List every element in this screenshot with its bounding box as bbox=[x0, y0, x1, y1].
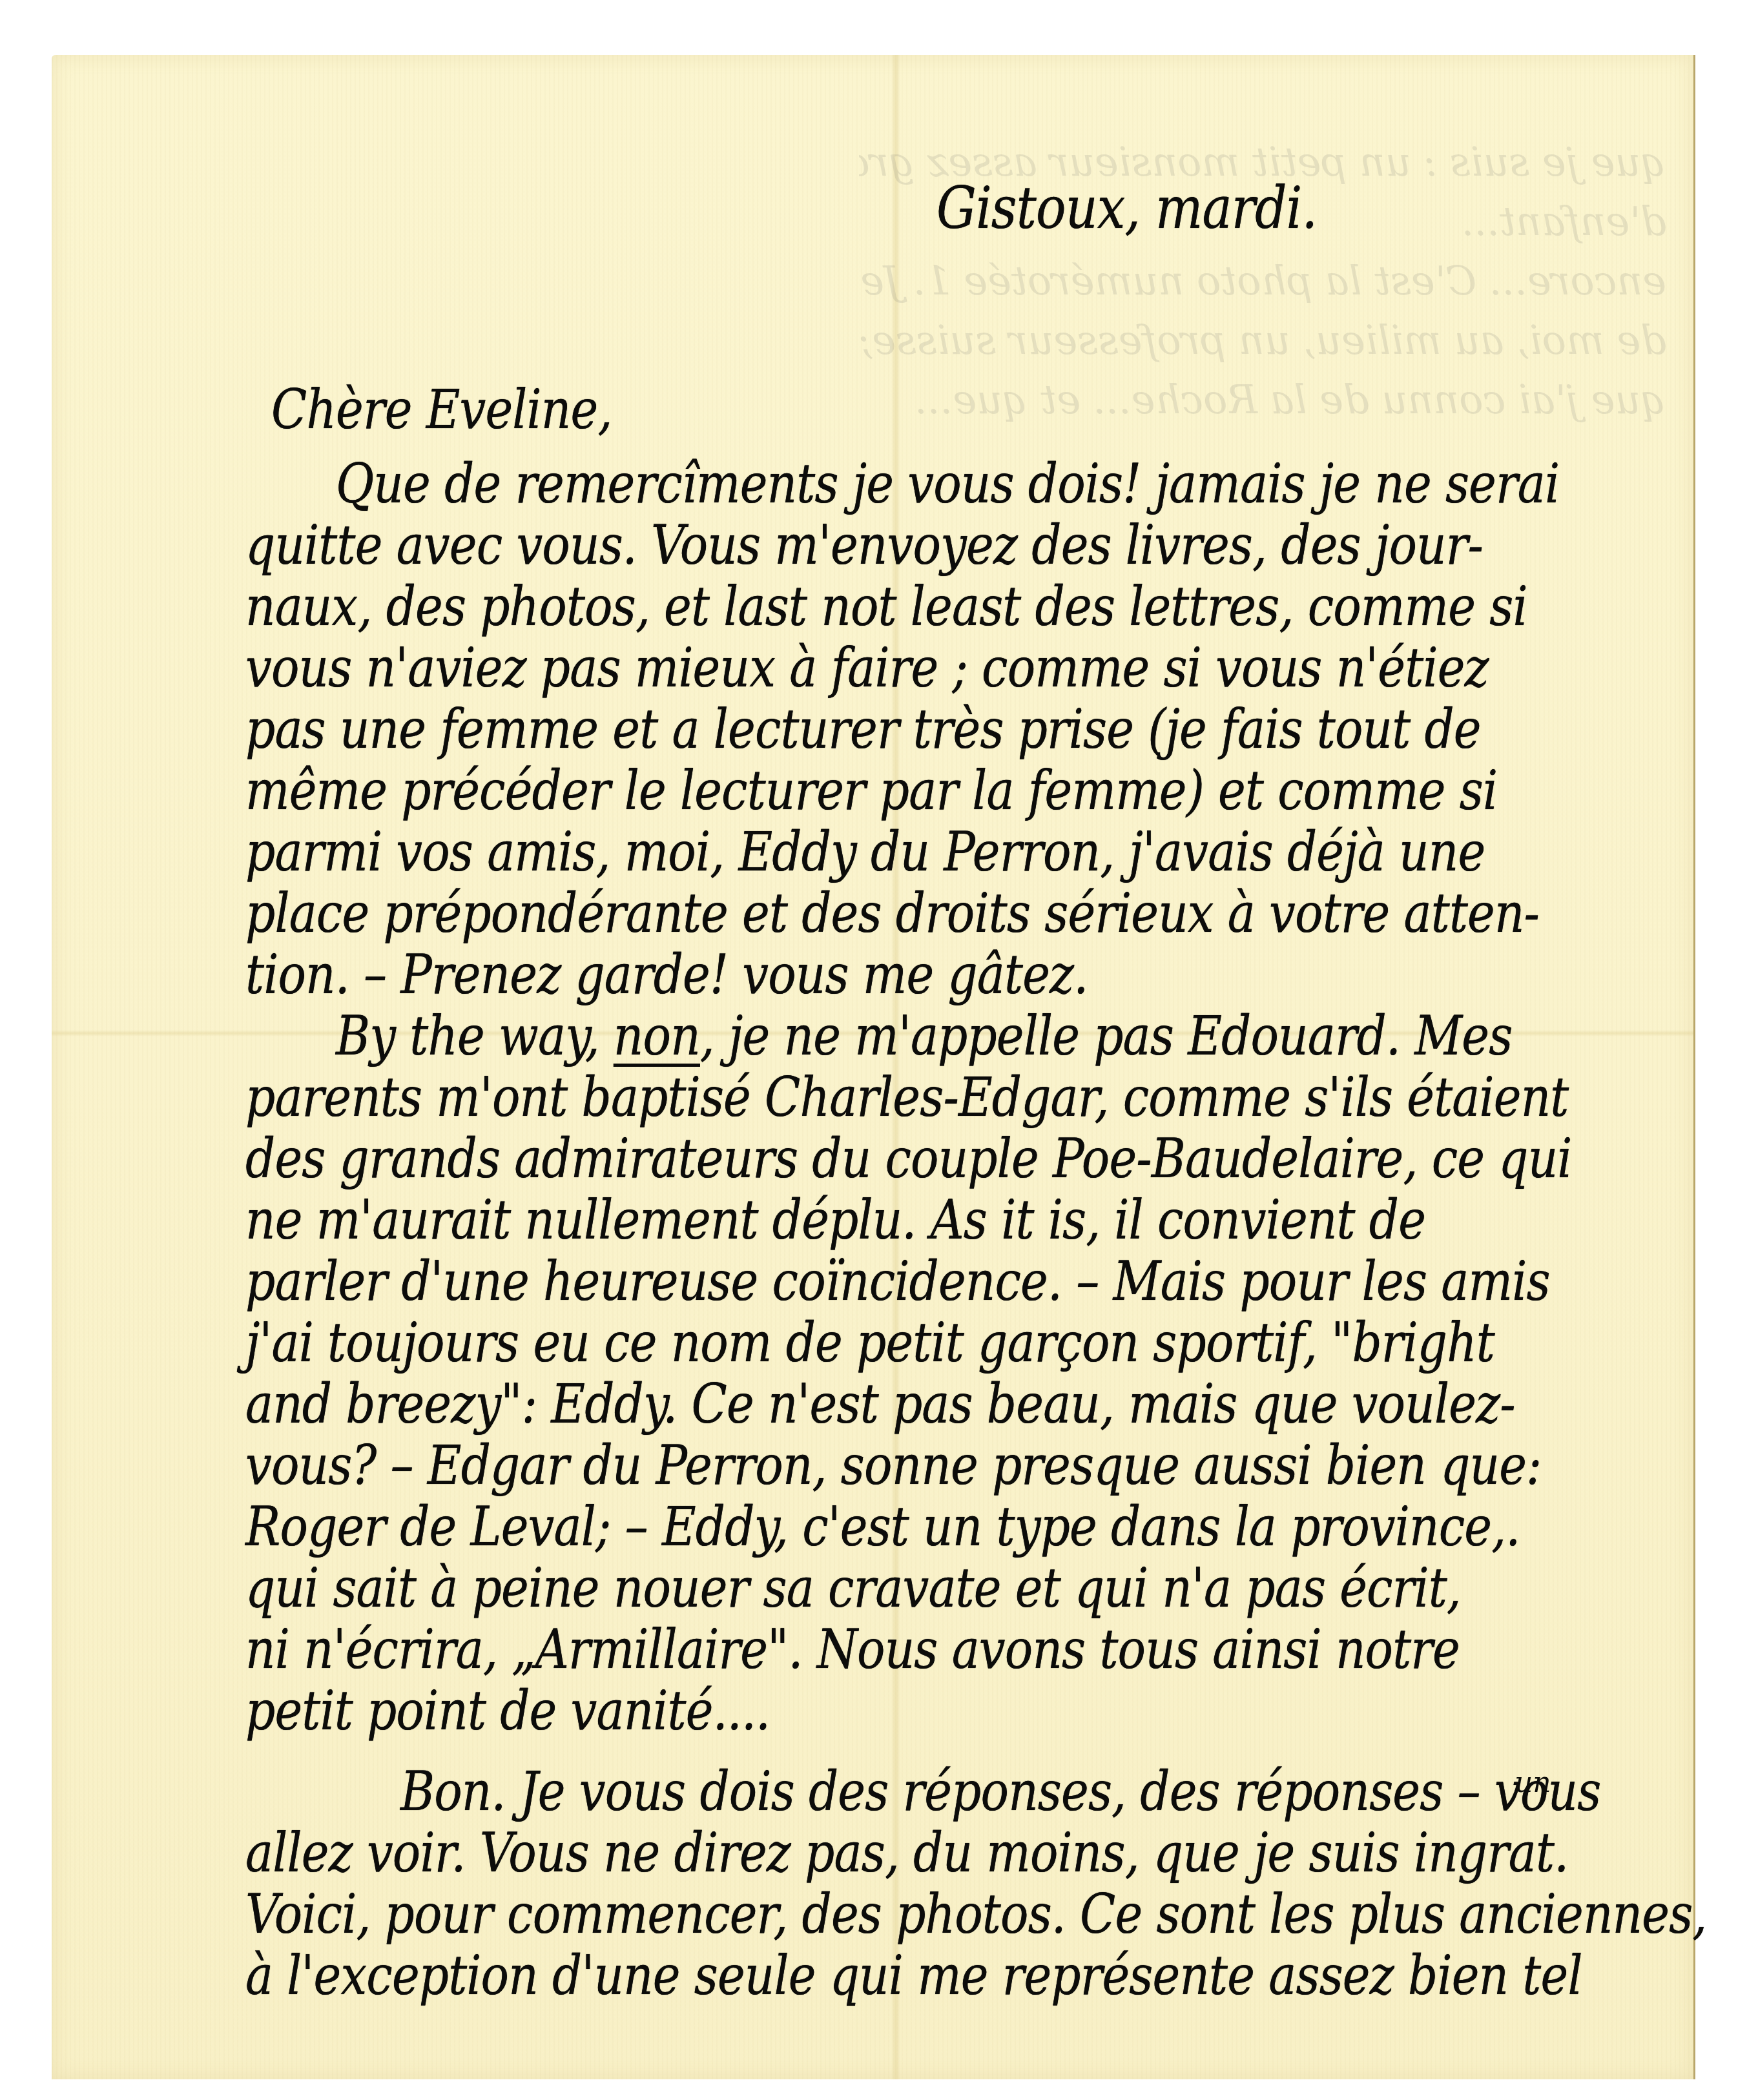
line-text: quitte avec vous. Vous m'envoyez des liv… bbox=[245, 513, 1483, 577]
line-text: allez voir. Vous ne direz pas, du moins,… bbox=[245, 1821, 1568, 1884]
line-text: ne m'aurait nullement déplu. As it is, i… bbox=[245, 1188, 1425, 1251]
letter-line: parler d'une heureuse coïncidence. – Mai… bbox=[245, 1250, 1550, 1313]
letter-line: Voici, pour commencer, des photos. Ce so… bbox=[245, 1882, 1706, 1946]
letter-line: qui sait à peine nouer sa cravate et qui… bbox=[245, 1556, 1461, 1620]
line-text: même précéder le lecturer par la femme) … bbox=[245, 759, 1497, 822]
line-text: Roger de Leval; – Eddy, c'est un type da… bbox=[245, 1495, 1520, 1558]
letter-line: parents m'ont baptisé Charles-Edgar, com… bbox=[245, 1065, 1569, 1129]
line-text: place prépondérante et des droits sérieu… bbox=[245, 881, 1539, 945]
line-text: vous n'aviez pas mieux à faire ; comme s… bbox=[245, 636, 1489, 699]
letter-line: allez voir. Vous ne direz pas, du moins,… bbox=[245, 1821, 1568, 1884]
letter-line: Roger de Leval; – Eddy, c'est un type da… bbox=[245, 1495, 1520, 1558]
interlinear-insertion: un bbox=[1515, 1766, 1551, 1799]
letter-line: même précéder le lecturer par la femme) … bbox=[245, 759, 1497, 822]
line-text: By the way, bbox=[336, 1004, 614, 1067]
line-text: vous? – Edgar du Perron, sonne presque a… bbox=[245, 1434, 1542, 1497]
letter-line: vous? – Edgar du Perron, sonne presque a… bbox=[245, 1434, 1542, 1497]
letter-line: Bon. Je vous dois des réponses, des répo… bbox=[400, 1760, 1600, 1823]
line-text: naux, des photos, et last not least des … bbox=[245, 575, 1527, 638]
letter-line: By the way, non, je ne m'appelle pas Edo… bbox=[336, 1004, 1512, 1067]
line-text: parmi vos amis, moi, Eddy du Perron, j'a… bbox=[245, 820, 1485, 883]
salutation: Chère Eveline, bbox=[271, 378, 612, 441]
line-text: Voici, pour commencer, des photos. Ce so… bbox=[245, 1882, 1706, 1946]
line-text: and breezy": Eddy. Ce n'est pas beau, ma… bbox=[245, 1372, 1515, 1436]
letter-line: vous n'aviez pas mieux à faire ; comme s… bbox=[245, 636, 1489, 699]
letter-line: ni n'écrira, „Armillaire". Nous avons to… bbox=[245, 1618, 1460, 1681]
letter-line: and breezy": Eddy. Ce n'est pas beau, ma… bbox=[245, 1372, 1515, 1436]
line-text: qui sait à peine nouer sa cravate et qui… bbox=[245, 1556, 1461, 1620]
letter-line: petit point de vanité.... bbox=[245, 1679, 770, 1742]
letter-line: place prépondérante et des droits sérieu… bbox=[245, 881, 1539, 945]
line-text: ni n'écrira, „Armillaire". Nous avons to… bbox=[245, 1618, 1460, 1681]
line-text: j'ai toujours eu ce nom de petit garçon … bbox=[245, 1311, 1494, 1374]
letter-line: tion. – Prenez garde! vous me gâtez. bbox=[245, 943, 1088, 1006]
line-text: des grands admirateurs du couple Poe-Bau… bbox=[245, 1127, 1572, 1190]
line-text: , je ne m'appelle pas Edouard. Mes bbox=[700, 1004, 1513, 1067]
line-text: Bon. Je vous dois des réponses, des répo… bbox=[400, 1760, 1600, 1823]
line-text: à l'exception d'une seule qui me représe… bbox=[245, 1944, 1582, 2007]
letter-line: pas une femme et a lecturer très prise (… bbox=[245, 697, 1481, 761]
underlined-word: non bbox=[614, 1004, 700, 1067]
line-text: petit point de vanité.... bbox=[245, 1679, 770, 1742]
letter-line: quitte avec vous. Vous m'envoyez des liv… bbox=[245, 513, 1483, 577]
line-text: parler d'une heureuse coïncidence. – Mai… bbox=[245, 1250, 1550, 1313]
line-text: parents m'ont baptisé Charles-Edgar, com… bbox=[245, 1065, 1569, 1129]
line-text: pas une femme et a lecturer très prise (… bbox=[245, 697, 1481, 761]
letter-line: j'ai toujours eu ce nom de petit garçon … bbox=[245, 1311, 1494, 1374]
letter-line: naux, des photos, et last not least des … bbox=[245, 575, 1527, 638]
letter-line: à l'exception d'une seule qui me représe… bbox=[245, 1944, 1582, 2007]
letter-line: des grands admirateurs du couple Poe-Bau… bbox=[245, 1127, 1572, 1190]
letter-line: parmi vos amis, moi, Eddy du Perron, j'a… bbox=[245, 820, 1485, 883]
dateline: Gistoux, mardi. bbox=[936, 174, 1317, 242]
line-text: Que de remercîments je vous dois! jamais… bbox=[336, 452, 1559, 515]
line-text: tion. – Prenez garde! vous me gâtez. bbox=[245, 943, 1088, 1006]
letter-line: ne m'aurait nullement déplu. As it is, i… bbox=[245, 1188, 1425, 1251]
letter-line: Que de remercîments je vous dois! jamais… bbox=[336, 452, 1559, 515]
